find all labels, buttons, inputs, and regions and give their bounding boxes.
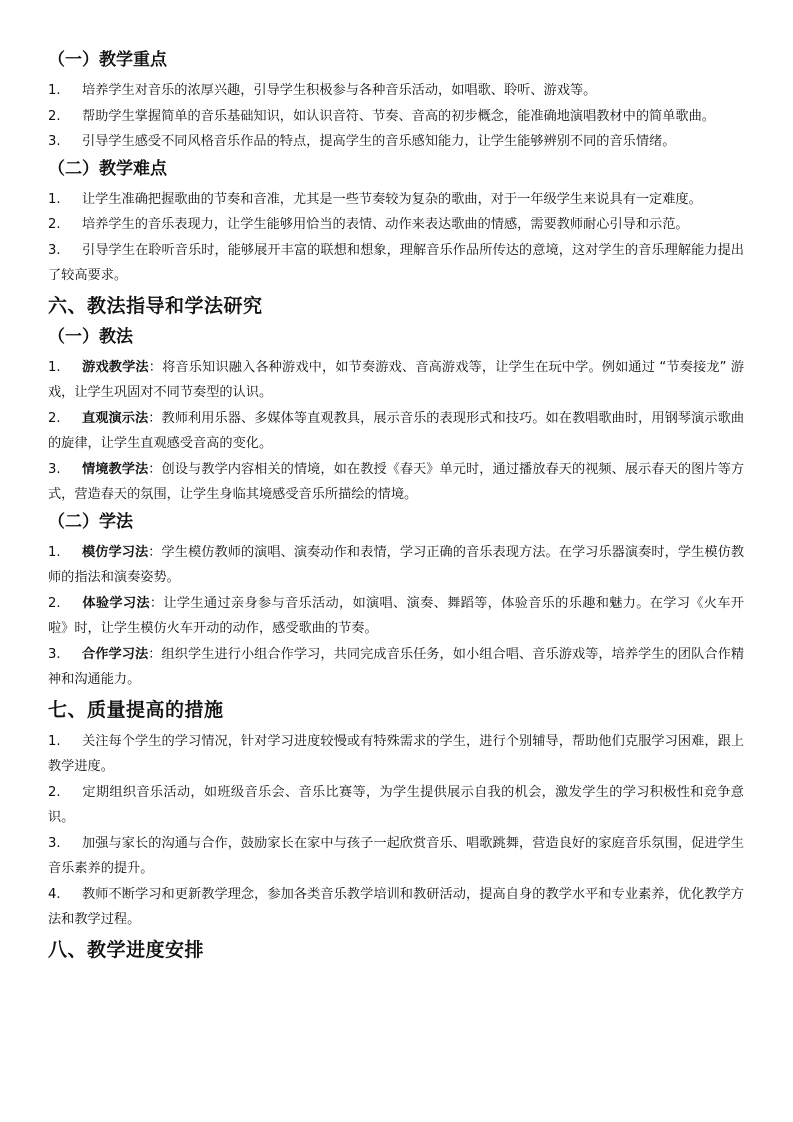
item-text: ：学生模仿教师的演唱、演奏动作和表情，学习正确的音乐表现方法。在学习乐器演奏时，…: [48, 545, 744, 586]
list-item: 2.培养学生的音乐表现力，让学生能够用恰当的表情、动作来表达歌曲的情感，需要教师…: [48, 212, 744, 238]
item-number: 1.: [48, 729, 82, 755]
item-number: 2.: [48, 212, 82, 238]
document-page: （一）教学重点 1.培养学生对音乐的浓厚兴趣，引导学生积极参与各种音乐活动，如唱…: [48, 46, 744, 969]
item-term: 情境教学法: [82, 462, 148, 477]
item-text: 定期组织音乐活动，如班级音乐会、音乐比赛等，为学生提供展示自我的机会，激发学生的…: [48, 785, 744, 826]
list-item: 3.情境教学法：创设与教学内容相关的情境，如在教授《春天》单元时，通过播放春天的…: [48, 457, 744, 508]
list-item: 1.模仿学习法：学生模仿教师的演唱、演奏动作和表情，学习正确的音乐表现方法。在学…: [48, 540, 744, 591]
item-term: 直观演示法: [82, 411, 148, 426]
list-item: 3.引导学生感受不同风格音乐作品的特点，提高学生的音乐感知能力，让学生能够辨别不…: [48, 129, 744, 155]
section-heading-teaching-methods: （一）教法: [48, 325, 744, 349]
item-text: 培养学生对音乐的浓厚兴趣，引导学生积极参与各种音乐活动，如唱歌、聆听、游戏等。: [82, 83, 596, 98]
list-item: 1.让学生准确把握歌曲的节奏和音准，尤其是一些节奏较为复杂的歌曲，对于一年级学生…: [48, 187, 744, 213]
item-text: 关注每个学生的学习情况，针对学习进度较慢或有特殊需求的学生，进行个别辅导，帮助他…: [48, 734, 744, 775]
item-number: 2.: [48, 780, 82, 806]
list-item: 2.体验学习法：让学生通过亲身参与音乐活动，如演唱、演奏、舞蹈等，体验音乐的乐趣…: [48, 591, 744, 642]
item-text: ：教师利用乐器、多媒体等直观教具，展示音乐的表现形式和技巧。如在教唱歌曲时，用钢…: [48, 411, 744, 452]
item-term: 游戏教学法: [82, 360, 149, 375]
item-number: 4.: [48, 882, 82, 908]
item-text: 加强与家长的沟通与合作，鼓励家长在家中与孩子一起欣赏音乐、唱歌跳舞，营造良好的家…: [48, 836, 744, 877]
list-item: 3.合作学习法：组织学生进行小组合作学习，共同完成音乐任务，如小组合唱、音乐游戏…: [48, 642, 744, 693]
item-number: 3.: [48, 129, 82, 155]
item-number: 3.: [48, 831, 82, 857]
item-term: 合作学习法: [82, 647, 148, 662]
item-number: 3.: [48, 238, 82, 264]
item-number: 1.: [48, 187, 82, 213]
item-number: 3.: [48, 642, 82, 668]
item-number: 2.: [48, 104, 82, 130]
chapter-heading-schedule: 八、教学进度安排: [48, 937, 744, 963]
section-heading-learning-methods: （二）学法: [48, 510, 744, 534]
section-heading-teaching-difficulties: （二）教学难点: [48, 157, 744, 181]
item-text: 培养学生的音乐表现力，让学生能够用恰当的表情、动作来表达歌曲的情感，需要教师耐心…: [82, 217, 689, 232]
list-item: 3.引导学生在聆听音乐时，能够展开丰富的联想和想象，理解音乐作品所传达的意境，这…: [48, 238, 744, 289]
item-term: 体验学习法: [82, 596, 150, 611]
list-item: 1.培养学生对音乐的浓厚兴趣，引导学生积极参与各种音乐活动，如唱歌、聆听、游戏等…: [48, 78, 744, 104]
item-text: 让学生准确把握歌曲的节奏和音准，尤其是一些节奏较为复杂的歌曲，对于一年级学生来说…: [82, 192, 702, 207]
item-text: 引导学生感受不同风格音乐作品的特点，提高学生的音乐感知能力，让学生能够辨别不同的…: [82, 134, 675, 149]
item-number: 2.: [48, 406, 82, 432]
item-number: 1.: [48, 540, 82, 566]
item-term: 模仿学习法: [82, 545, 148, 560]
item-text: ：让学生通过亲身参与音乐活动，如演唱、演奏、舞蹈等，体验音乐的乐趣和魅力。在学习…: [48, 596, 744, 637]
item-text: 帮助学生掌握简单的音乐基础知识，如认识音符、节奏、音高的初步概念，能准确地演唱教…: [82, 109, 715, 124]
list-item: 4.教师不断学习和更新教学理念，参加各类音乐教学培训和教研活动，提高自身的教学水…: [48, 882, 744, 933]
list-item: 3.加强与家长的沟通与合作，鼓励家长在家中与孩子一起欣赏音乐、唱歌跳舞，营造良好…: [48, 831, 744, 882]
item-text: ：创设与教学内容相关的情境，如在教授《春天》单元时，通过播放春天的视频、展示春天…: [48, 462, 744, 503]
list-item: 1.游戏教学法：将音乐知识融入各种游戏中，如节奏游戏、音高游戏等，让学生在玩中学…: [48, 355, 744, 406]
list-item: 2.直观演示法：教师利用乐器、多媒体等直观教具，展示音乐的表现形式和技巧。如在教…: [48, 406, 744, 457]
list-item: 2.帮助学生掌握简单的音乐基础知识，如认识音符、节奏、音高的初步概念，能准确地演…: [48, 104, 744, 130]
item-text: 引导学生在聆听音乐时，能够展开丰富的联想和想象，理解音乐作品所传达的意境，这对学…: [48, 243, 744, 284]
item-number: 1.: [48, 78, 82, 104]
item-text: ：将音乐知识融入各种游戏中，如节奏游戏、音高游戏等，让学生在玩中学。例如通过 “…: [48, 360, 744, 401]
chapter-heading-quality-measures: 七、质量提高的措施: [48, 697, 744, 723]
item-number: 1.: [48, 355, 82, 381]
chapter-heading-methods: 六、教法指导和学法研究: [48, 293, 744, 319]
list-item: 1.关注每个学生的学习情况，针对学习进度较慢或有特殊需求的学生，进行个别辅导，帮…: [48, 729, 744, 780]
item-number: 3.: [48, 457, 82, 483]
item-text: 教师不断学习和更新教学理念，参加各类音乐教学培训和教研活动，提高自身的教学水平和…: [48, 887, 744, 928]
list-item: 2.定期组织音乐活动，如班级音乐会、音乐比赛等，为学生提供展示自我的机会，激发学…: [48, 780, 744, 831]
item-text: ：组织学生进行小组合作学习，共同完成音乐任务，如小组合唱、音乐游戏等，培养学生的…: [48, 647, 744, 688]
section-heading-teaching-focus: （一）教学重点: [48, 48, 744, 72]
item-number: 2.: [48, 591, 82, 617]
